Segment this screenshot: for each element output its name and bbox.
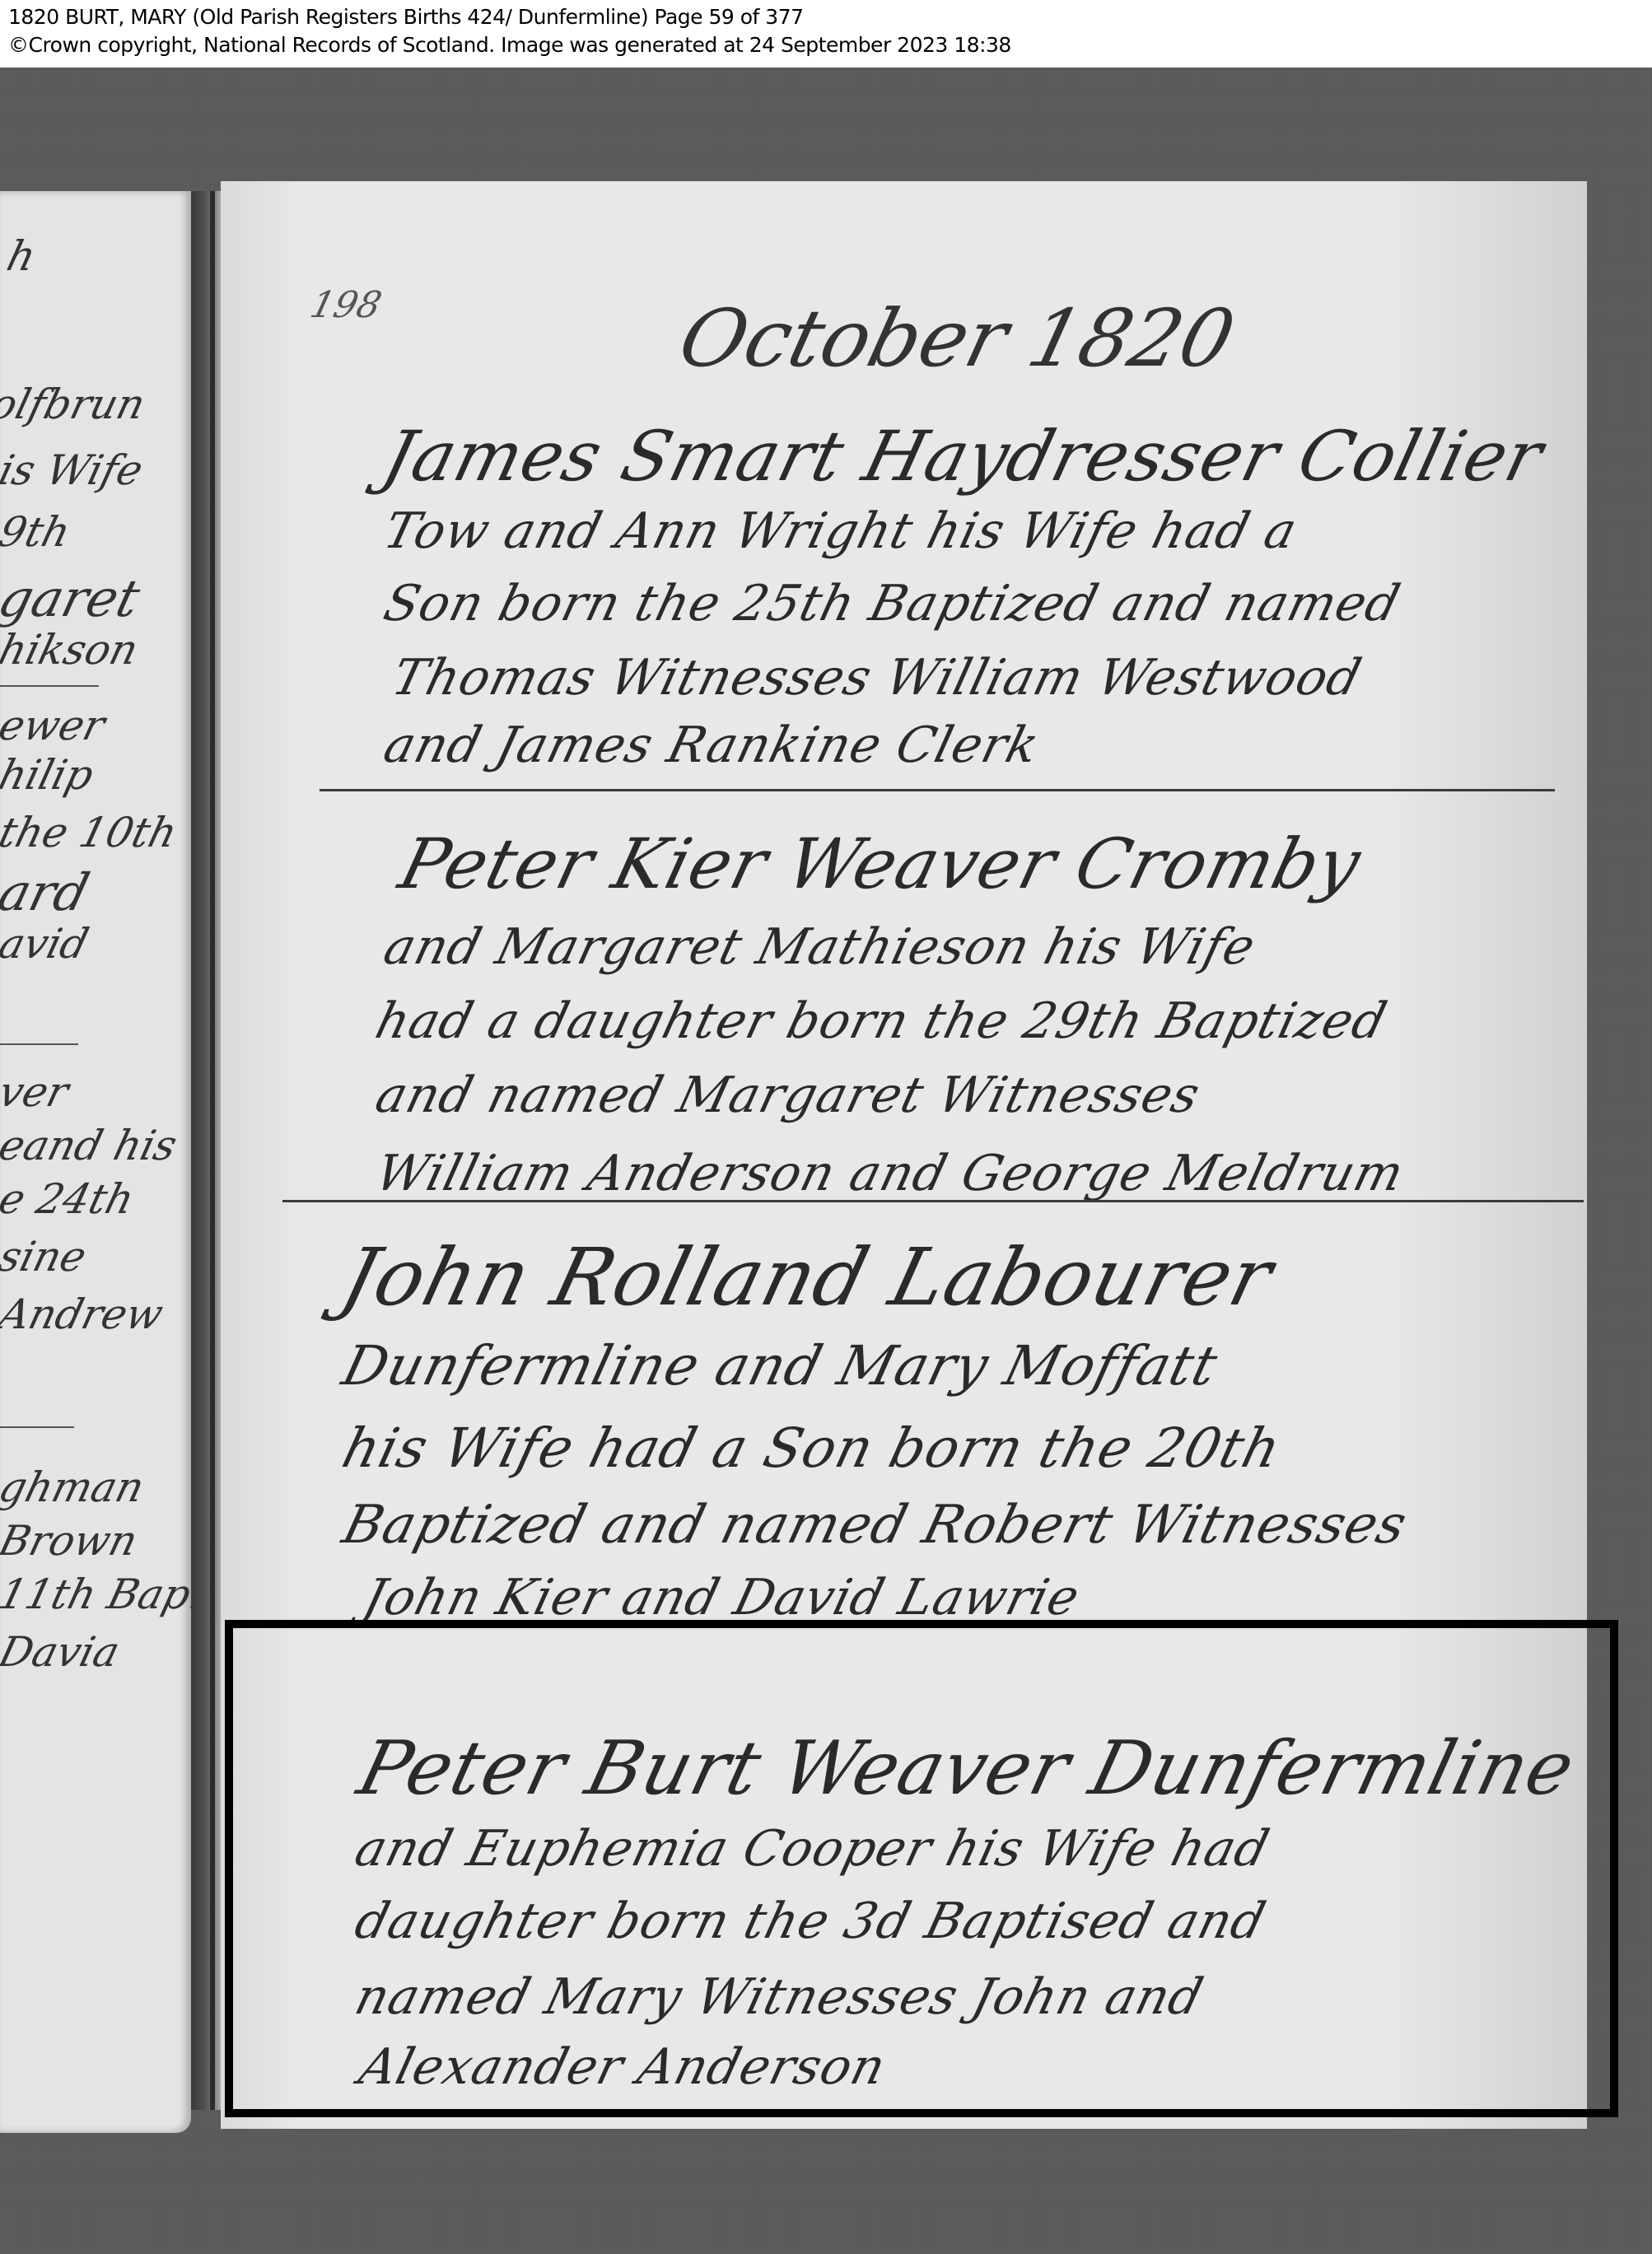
left-page-fragment: ver <box>0 1068 73 1116</box>
entry-line: Son born the 25th Baptized and named <box>378 575 1406 632</box>
left-page-fragment: avid <box>0 920 93 968</box>
entry-line: Tow and Ann Wright his Wife had a <box>378 502 1303 560</box>
entry-line: and Margaret Mathieson his Wife <box>378 918 1261 976</box>
left-page-divider <box>0 1043 78 1045</box>
entry-line: had a daughter born the 29th Baptized <box>370 992 1393 1050</box>
left-page-fragment: ard <box>0 862 95 922</box>
entry-line: John Kier and David Lawrie <box>357 1569 1085 1626</box>
left-page-fragment: Brown <box>0 1517 142 1565</box>
entry-line: and named Margaret Witnesses <box>370 1066 1206 1124</box>
binding-crease <box>210 191 215 2110</box>
left-page-fragment: the 10th <box>0 809 182 856</box>
entry-divider <box>320 789 1555 791</box>
entry-line: and James Rankine Clerk <box>378 716 1045 774</box>
left-page-fragment: 9th <box>0 508 75 556</box>
left-page-fragment: eand his <box>0 1122 182 1169</box>
entry-line: Dunfermline and Mary Moffatt <box>336 1334 1224 1398</box>
left-page-fragment: e 24th <box>0 1175 139 1223</box>
left-page-divider <box>0 685 99 687</box>
left-page: h olfbrun is Wife 9th garet hikson ewer … <box>0 191 191 2133</box>
left-page-divider <box>0 1426 74 1428</box>
entry-line: James Smart Haydresser Collier <box>376 416 1552 497</box>
left-page-fragment: hikson <box>0 626 143 674</box>
folio-number: 198 <box>306 284 386 326</box>
copyright-notice: ©Crown copyright, National Records of Sc… <box>8 33 1011 58</box>
left-page-fragment: 11th Bap. <box>0 1570 208 1618</box>
entry-line: William Anderson and George Meldrum <box>370 1145 1410 1202</box>
record-highlight-box <box>225 1620 1618 2117</box>
month-heading: October 1820 <box>670 292 1244 385</box>
entry-line: Baptized and named Robert Witnesses <box>337 1495 1413 1556</box>
left-page-fragment: h <box>2 232 41 280</box>
entry-line: Peter Kier Weaver Cromby <box>392 824 1370 904</box>
left-page-fragment: ewer <box>0 702 110 749</box>
left-page-fragment: sine <box>0 1233 91 1281</box>
left-page-fragment: is Wife <box>0 446 147 494</box>
left-page-fragment: hilip <box>0 751 98 799</box>
record-title: 1820 BURT, MARY (Old Parish Registers Bi… <box>8 5 804 30</box>
left-page-fragment: ghman <box>0 1463 149 1511</box>
left-page-fragment: Andrew <box>0 1290 168 1338</box>
book-gutter <box>191 191 224 2110</box>
entry-divider <box>282 1200 1584 1202</box>
left-page-fragment: olfbrun <box>0 380 150 428</box>
entry-line: his Wife had a Son born the 20th <box>336 1416 1287 1480</box>
entry-line: Thomas Witnesses William Westwood <box>386 649 1367 707</box>
entry-line: John Rolland Labourer <box>333 1231 1282 1323</box>
left-page-fragment: garet <box>0 568 146 628</box>
document-header: 1820 BURT, MARY (Old Parish Registers Bi… <box>0 0 1652 68</box>
left-page-fragment: Davia <box>0 1628 124 1676</box>
